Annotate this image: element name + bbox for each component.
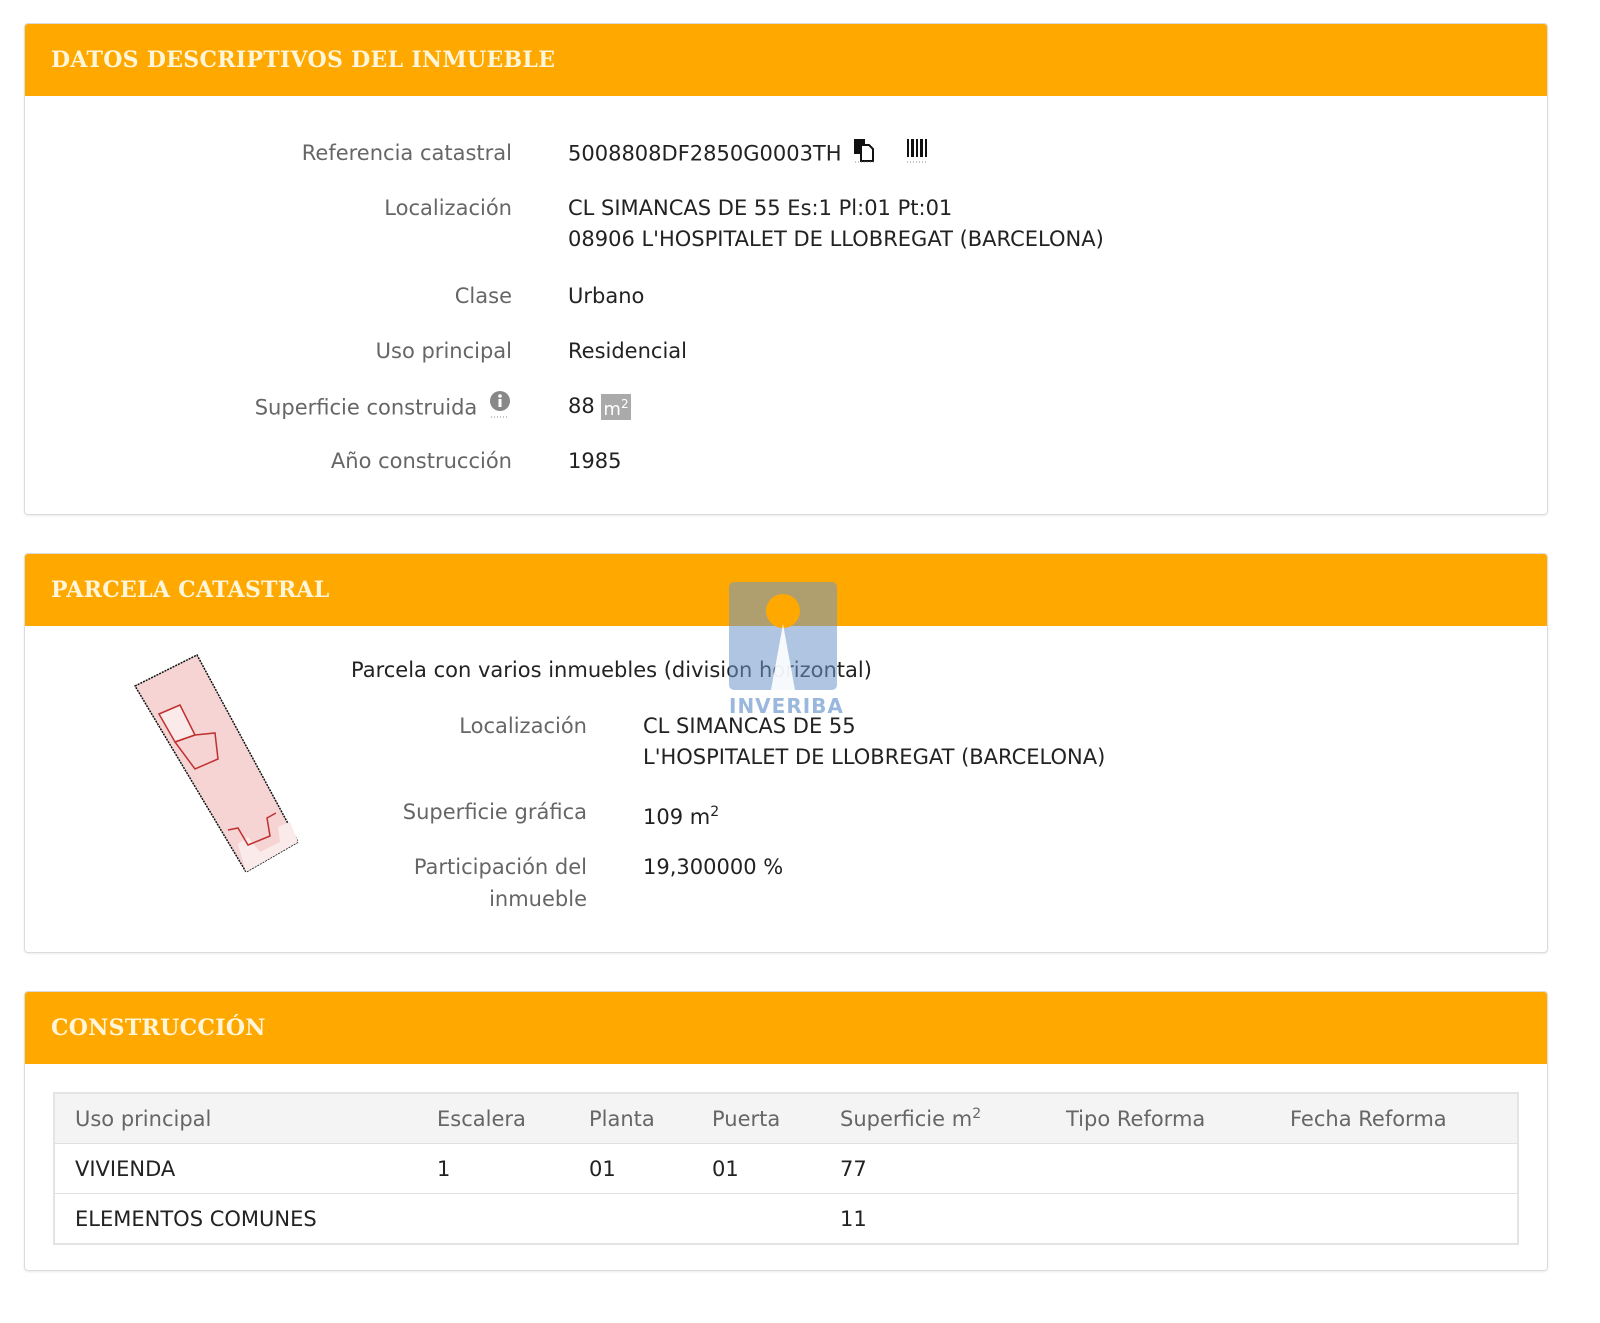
barcode-icon[interactable]: [905, 137, 931, 172]
superficie-grafica-value: 109 m2: [643, 796, 719, 833]
panel-title: PARCELA CATASTRAL: [51, 577, 330, 603]
construccion-panel: CONSTRUCCIÓN Uso principal Escalera Plan…: [24, 991, 1548, 1271]
participacion-label: Participación del inmueble: [325, 851, 587, 915]
superficie-value-text: 88: [568, 394, 595, 418]
inveriba-logo: [729, 582, 837, 690]
superficie-construida-label: Superficie construida: [25, 390, 512, 427]
localizacion-label: Localización: [25, 192, 512, 224]
col-fecha-reforma: Fecha Reforma: [1270, 1093, 1518, 1144]
m2-icon: m2: [601, 394, 630, 420]
datos-descriptivos-panel: DATOS DESCRIPTIVOS DEL INMUEBLE Referenc…: [24, 23, 1548, 515]
table-row: VIVIENDA 1 01 01 77: [54, 1144, 1518, 1194]
construccion-table: Uso principal Escalera Planta Puerta Sup…: [53, 1092, 1519, 1245]
referencia-label: Referencia catastral: [25, 137, 512, 169]
localizacion-value-line2: 08906 L'HOSPITALET DE LLOBREGAT (BARCELO…: [568, 223, 1104, 255]
col-superficie: Superficie m2: [820, 1093, 1046, 1144]
panel-title: CONSTRUCCIÓN: [51, 1015, 266, 1041]
col-planta: Planta: [569, 1093, 692, 1144]
uso-principal-value: Residencial: [568, 335, 687, 367]
panel-title: DATOS DESCRIPTIVOS DEL INMUEBLE: [51, 47, 555, 73]
superficie-grafica-label: Superficie gráfica: [325, 796, 587, 828]
table-header-row: Uso principal Escalera Planta Puerta Sup…: [54, 1093, 1518, 1144]
parcela-localizacion-line2: L'HOSPITALET DE LLOBREGAT (BARCELONA): [643, 741, 1105, 773]
parcel-map[interactable]: [130, 652, 310, 882]
copy-icon[interactable]: [852, 137, 876, 172]
uso-principal-label: Uso principal: [25, 335, 512, 367]
panel-header: DATOS DESCRIPTIVOS DEL INMUEBLE: [25, 24, 1547, 96]
col-uso-principal: Uso principal: [54, 1093, 417, 1144]
table-row: ELEMENTOS COMUNES 11: [54, 1194, 1518, 1245]
superficie-construida-text: Superficie construida: [255, 396, 478, 420]
clase-label: Clase: [25, 280, 512, 312]
superficie-construida-value: 88 m2: [568, 390, 631, 422]
col-puerta: Puerta: [692, 1093, 820, 1144]
clase-value: Urbano: [568, 280, 644, 312]
info-icon[interactable]: [488, 390, 512, 427]
anio-construccion-label: Año construcción: [25, 445, 512, 477]
panel-header: CONSTRUCCIÓN: [25, 992, 1547, 1064]
col-tipo-reforma: Tipo Reforma: [1046, 1093, 1270, 1144]
parcela-localizacion-label: Localización: [325, 710, 587, 742]
localizacion-value-line1: CL SIMANCAS DE 55 Es:1 Pl:01 Pt:01: [568, 192, 952, 224]
col-escalera: Escalera: [417, 1093, 569, 1144]
referencia-value-text: 5008808DF2850G0003TH: [568, 142, 842, 166]
referencia-value: 5008808DF2850G0003TH: [568, 137, 931, 172]
participacion-value: 19,300000 %: [643, 851, 783, 883]
anio-construccion-value: 1985: [568, 445, 621, 477]
inveriba-watermark-text: INVERIBA: [729, 694, 837, 718]
